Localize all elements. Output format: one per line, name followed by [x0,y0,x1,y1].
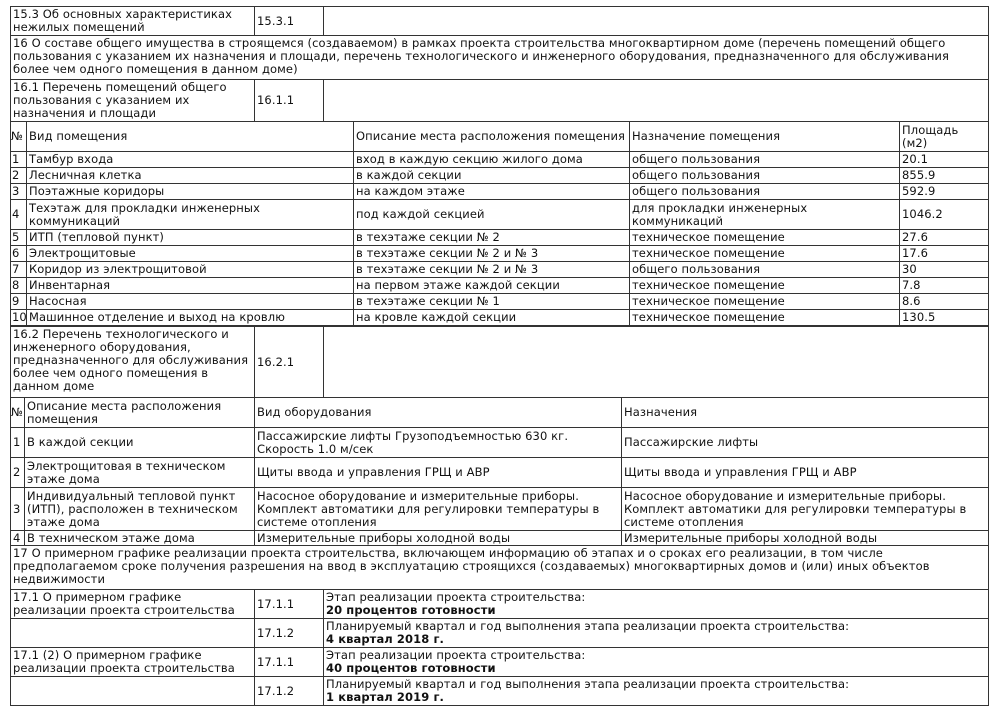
row-number: 10 [10,309,27,326]
schedule-value: Планируемый квартал и год выполнения эта… [323,618,989,648]
room-type-text: Коридор из электрощитовой [29,263,207,276]
rooms-header-room-type: Вид помещения [26,121,354,152]
section-15-3-code: 15.3.1 [254,6,324,36]
room-purpose: техническое помещение [629,309,900,326]
row-number-text: 8 [12,279,19,292]
room-purpose-text: техническое помещение [632,311,785,324]
room-area: 1046.2 [899,199,989,230]
rooms-header-room-area: Площадь (м2) [899,121,989,152]
room-type-text: Тамбур входа [29,153,113,166]
schedule-value: Этап реализации проекта строительства:40… [323,647,989,677]
room-type-text: Лесничная клетка [29,169,142,182]
schedule-value: Этап реализации проекта строительства:20… [323,589,989,619]
row-number: 2 [10,167,27,184]
section-16-2-value [323,326,989,398]
row-number: 1 [10,151,27,168]
equipment-location-text: Индивидуальный тепловой пункт (ИТП), рас… [27,490,252,529]
section-16-1-label: 16.1 Перечень помещений общего пользован… [10,79,255,122]
room-type: Насосная [26,293,354,310]
room-location-text: в техэтаже секции № 2 и № 3 [356,263,538,276]
room-area: 8.6 [899,293,989,310]
row-number-text: 3 [13,503,20,516]
schedule-code: 17.1.2 [254,618,324,648]
equipment-purpose-text: Насосное оборудование и измерительные пр… [624,490,986,529]
equipment-header-row-number-text: № [11,406,23,419]
room-type: Тамбур входа [26,151,354,168]
room-location: в техэтаже секции № 2 и № 3 [353,245,630,262]
room-location: на каждом этаже [353,183,630,200]
schedule-code: 17.1.1 [254,589,324,619]
schedule-section-label: 17.1 О примерном графике реализации прое… [10,589,255,619]
rooms-header-room-location: Описание места расположения помещения [353,121,630,152]
equipment-type: Пассажирские лифты Грузоподъемностью 630… [254,427,622,458]
room-location-text: вход в каждую секцию жилого дома [356,153,583,166]
room-type-text: Инвентарная [29,279,110,292]
room-area-text: 130.5 [902,311,935,324]
room-location-text: в техэтаже секции № 2 и № 3 [356,247,538,260]
room-purpose: техническое помещение [629,245,900,262]
room-location-text: в каждой секции [356,169,462,182]
room-type: Коридор из электрощитовой [26,261,354,278]
row-number: 7 [10,261,27,278]
room-purpose: общего пользования [629,261,900,278]
room-location: в техэтаже секции № 2 и № 3 [353,261,630,278]
row-number: 2 [10,457,25,488]
room-type-text: ИТП (тепловой пункт) [29,231,164,244]
row-number: 8 [10,277,27,294]
room-location-text: на первом этаже каждой секции [356,279,560,292]
schedule-code: 17.1.2 [254,676,324,706]
room-location-text: на каждом этаже [356,185,465,198]
room-area: 592.9 [899,183,989,200]
room-purpose: для прокладки инженерных коммуникаций [629,199,900,230]
equipment-location: Электрощитовая в техническом этаже дома [24,457,255,488]
row-number-text: 10 [12,311,27,324]
section-16-1-value [323,79,989,122]
room-area: 30 [899,261,989,278]
schedule-value-text: 20 процентов готовности [326,604,986,617]
row-number-text: 9 [12,295,19,308]
row-number-text: 7 [12,263,19,276]
code-text: 16.1.1 [257,94,294,107]
room-purpose-text: общего пользования [632,153,760,166]
row-number: 3 [10,183,27,200]
equipment-header-row-number: № [10,397,25,428]
rooms-header-room-purpose-text: Назначение помещения [632,130,780,143]
room-type-text: Насосная [29,295,87,308]
rooms-header-room-location-text: Описание места расположения помещения [356,130,625,143]
row-number: 3 [10,487,25,531]
schedule-value-text: 40 процентов готовности [326,662,986,675]
equipment-header-equipment-type-text: Вид оборудования [257,406,372,419]
section-16-2-code: 16.2.1 [254,326,324,398]
equipment-purpose-text: Щиты ввода и управления ГРЩ и АВР [624,466,857,479]
section-16-2-label: 16.2 Перечень технологического и инженер… [10,326,255,398]
schedule-code-text: 17.1.1 [257,656,294,669]
room-type: Поэтажные коридоры [26,183,354,200]
row-number-text: 2 [13,466,20,479]
equipment-location: В каждой секции [24,427,255,458]
equipment-type-text: Пассажирские лифты Грузоподъемностью 630… [257,430,619,456]
equipment-purpose: Щиты ввода и управления ГРЩ и АВР [621,457,989,488]
room-area-text: 7.8 [902,279,921,292]
room-purpose-text: техническое помещение [632,247,785,260]
section-15-3-value [323,6,989,36]
schedule-section-label-text: 17.1 (2) О примерном графике реализации … [13,648,235,675]
equipment-header-equipment-type: Вид оборудования [254,397,622,428]
schedule-code-text: 17.1.1 [257,598,294,611]
room-purpose: общего пользования [629,151,900,168]
equipment-header-equipment-location-text: Описание места расположения помещения [27,400,252,426]
row-number-text: 4 [13,532,20,545]
room-type: Машинное отделение и выход на кровлю [26,309,354,326]
room-location: в техэтаже секции № 2 [353,229,630,246]
row-number-text: 5 [12,231,19,244]
room-area-text: 27.6 [902,231,928,244]
room-area: 855.9 [899,167,989,184]
equipment-type: Насосное оборудование и измерительные пр… [254,487,622,531]
row-number-text: 4 [12,208,19,221]
schedule-code-text: 17.1.2 [257,685,294,698]
equipment-purpose-text: Пассажирские лифты [624,436,758,449]
row-number-text: 1 [13,436,20,449]
room-area-text: 30 [902,263,917,276]
room-type: ИТП (тепловой пункт) [26,229,354,246]
room-area-text: 8.6 [902,295,921,308]
room-location: в техэтаже секции № 1 [353,293,630,310]
room-purpose: общего пользования [629,167,900,184]
room-area-text: 592.9 [902,185,935,198]
room-area: 17.6 [899,245,989,262]
room-purpose-text: техническое помещение [632,231,785,244]
room-type: Инвентарная [26,277,354,294]
room-area: 27.6 [899,229,989,246]
schedule-section-label [10,676,255,706]
row-number-text: 3 [12,185,19,198]
room-type-text: Машинное отделение и выход на кровлю [29,311,285,324]
section-17-text: 17 О примерном графике реализации проект… [13,546,930,586]
room-type: Лесничная клетка [26,167,354,184]
code-text: 15.3.1 [257,15,294,28]
equipment-type-text: Измерительные приборы холодной воды [257,532,510,545]
row-number: 6 [10,245,27,262]
room-area-text: 17.6 [902,247,928,260]
equipment-purpose: Насосное оборудование и измерительные пр… [621,487,989,531]
room-location-text: в техэтаже секции № 1 [356,295,500,308]
equipment-purpose: Пассажирские лифты [621,427,989,458]
section-16-1-code: 16.1.1 [254,79,324,122]
room-purpose: техническое помещение [629,229,900,246]
section-16-text: 16 О составе общего имущества в строящем… [13,36,949,76]
room-location-text: на кровле каждой секции [356,311,516,324]
equipment-location-text: В каждой секции [27,436,134,449]
room-location: на кровле каждой секции [353,309,630,326]
room-location-text: под каждой секцией [356,208,485,221]
room-type-text: Электрощитовые [29,247,136,260]
room-area: 7.8 [899,277,989,294]
row-number: 1 [10,427,25,458]
room-area-text: 855.9 [902,169,935,182]
room-area-text: 20.1 [902,153,928,166]
room-type-text: Поэтажные коридоры [29,185,164,198]
room-location: в каждой секции [353,167,630,184]
section-16-heading: 16 О составе общего имущества в строящем… [10,35,989,80]
equipment-location: Индивидуальный тепловой пункт (ИТП), рас… [24,487,255,531]
room-type: Электрощитовые [26,245,354,262]
room-location: под каждой секцией [353,199,630,230]
room-purpose-text: общего пользования [632,169,760,182]
schedule-value-text: 1 квартал 2019 г. [326,691,986,704]
room-location: на первом этаже каждой секции [353,277,630,294]
equipment-type-text: Насосное оборудование и измерительные пр… [257,490,619,529]
room-purpose-text: для прокладки инженерных коммуникаций [632,202,897,228]
section-16-2-label-text: 16.2 Перечень технологического и инженер… [13,327,248,393]
room-location: вход в каждую секцию жилого дома [353,151,630,168]
section-15-3-label-text: 15.3 Об основных характеристиках нежилых… [13,7,232,34]
equipment-header-equipment-purpose-text: Назначения [624,406,697,419]
room-purpose-text: техническое помещение [632,295,785,308]
row-number-text: 1 [12,153,19,166]
schedule-section-label: 17.1 (2) О примерном графике реализации … [10,647,255,677]
row-number-text: 2 [12,169,19,182]
row-number-text: 6 [12,247,19,260]
row-number: 5 [10,229,27,246]
room-area-text: 1046.2 [902,208,943,221]
rooms-header-room-type-text: Вид помещения [29,130,127,143]
room-area: 130.5 [899,309,989,326]
equipment-header-equipment-location: Описание места расположения помещения [24,397,255,428]
equipment-location-text: Электрощитовая в техническом этаже дома [27,460,252,486]
room-purpose-text: общего пользования [632,263,760,276]
rooms-header-room-area-text: Площадь (м2) [902,124,986,150]
section-15-3-label: 15.3 Об основных характеристиках нежилых… [10,6,255,36]
schedule-section-label [10,618,255,648]
section-17-heading: 17 О примерном графике реализации проект… [10,545,989,590]
equipment-header-equipment-purpose: Назначения [621,397,989,428]
equipment-location-text: В техническом этаже дома [27,532,195,545]
code-text: 16.2.1 [257,356,294,369]
rooms-header-row-number-text: № [11,130,23,143]
room-area: 20.1 [899,151,989,168]
equipment-purpose-text: Измерительные приборы холодной воды [624,532,877,545]
schedule-code: 17.1.1 [254,647,324,677]
section-16-1-label-text: 16.1 Перечень помещений общего пользован… [13,80,227,120]
room-location-text: в техэтаже секции № 2 [356,231,500,244]
schedule-value-text: 4 квартал 2018 г. [326,633,986,646]
schedule-code-text: 17.1.2 [257,627,294,640]
row-number: 9 [10,293,27,310]
schedule-value: Планируемый квартал и год выполнения эта… [323,676,989,706]
room-type: Техэтаж для прокладки инженерных коммуни… [26,199,354,230]
room-type-text: Техэтаж для прокладки инженерных коммуни… [29,202,351,228]
schedule-section-label-text: 17.1 О примерном графике реализации прое… [13,590,235,617]
row-number: 4 [10,199,27,230]
equipment-type: Щиты ввода и управления ГРЩ и АВР [254,457,622,488]
room-purpose: техническое помещение [629,293,900,310]
equipment-type-text: Щиты ввода и управления ГРЩ и АВР [257,466,490,479]
room-purpose-text: техническое помещение [632,279,785,292]
rooms-header-room-purpose: Назначение помещения [629,121,900,152]
rooms-header-row-number: № [10,121,27,152]
room-purpose: общего пользования [629,183,900,200]
room-purpose: техническое помещение [629,277,900,294]
room-purpose-text: общего пользования [632,185,760,198]
